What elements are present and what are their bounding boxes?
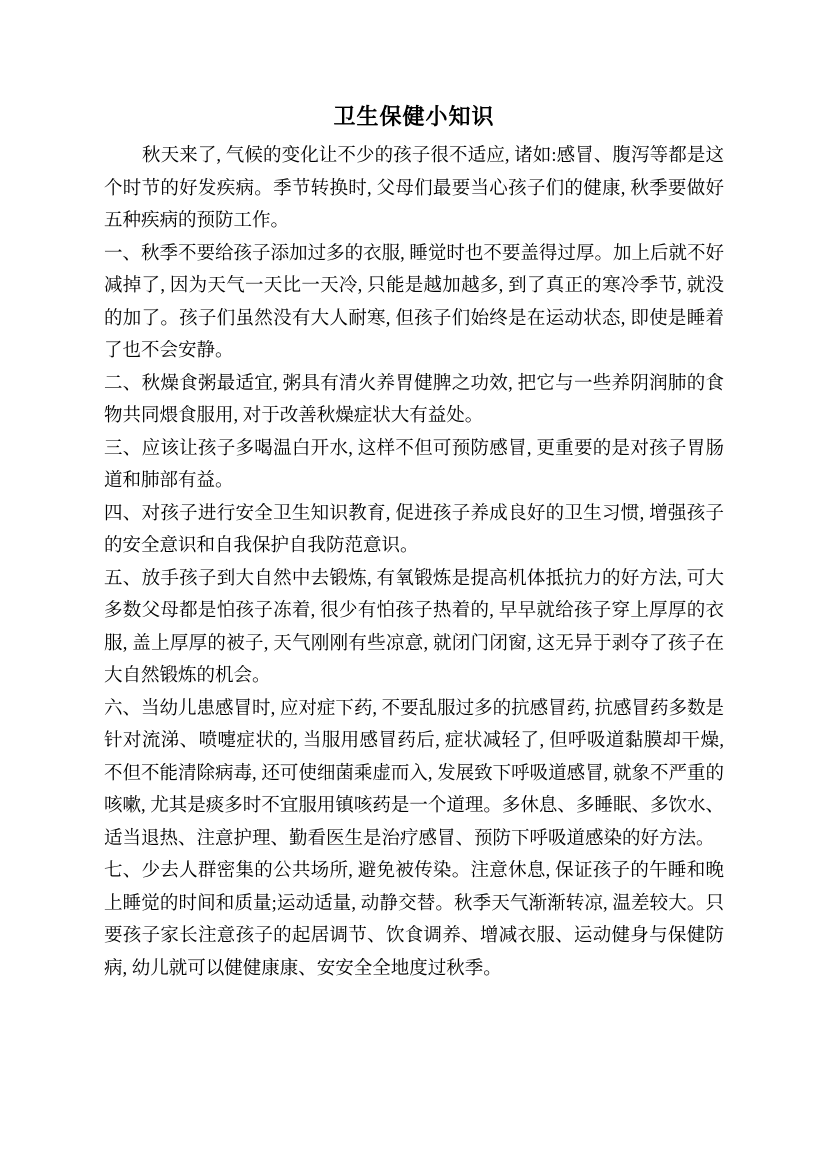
paragraph-item-1: 一、秋季不要给孩子添加过多的衣服, 睡觉时也不要盖得过厚。加上后就不好减掉了, …: [104, 238, 724, 368]
paragraph-item-7: 七、少去人群密集的公共场所, 避免被传染。注意休息, 保证孩子的午睡和晚上睡觉的…: [104, 855, 724, 985]
paragraph-item-3: 三、应该让孩子多喝温白开水, 这样不但可预防感冒, 更重要的是对孩子胃肠道和肺部…: [104, 433, 724, 498]
paragraph-item-6: 六、当幼儿患感冒时, 应对症下药, 不要乱服过多的抗感冒药, 抗感冒药多数是针对…: [104, 693, 724, 856]
paragraph-intro: 秋天来了, 气候的变化让不少的孩子很不适应, 诸如:感冒、腹泻等都是这个时节的好…: [104, 140, 724, 238]
paragraph-item-5: 五、放手孩子到大自然中去锻炼, 有氧锻炼是提高机体抵抗力的好方法, 可大多数父母…: [104, 563, 724, 693]
paragraph-item-2: 二、秋燥食粥最适宜, 粥具有清火养胃健脾之功效, 把它与一些养阴润肺的食物共同煨…: [104, 368, 724, 433]
paragraph-item-4: 四、对孩子进行安全卫生知识教育, 促进孩子养成良好的卫生习惯, 增强孩子的安全意…: [104, 498, 724, 563]
document-page: 卫生保健小知识 秋天来了, 气候的变化让不少的孩子很不适应, 诸如:感冒、腹泻等…: [0, 0, 827, 1170]
document-title: 卫生保健小知识: [104, 98, 724, 136]
